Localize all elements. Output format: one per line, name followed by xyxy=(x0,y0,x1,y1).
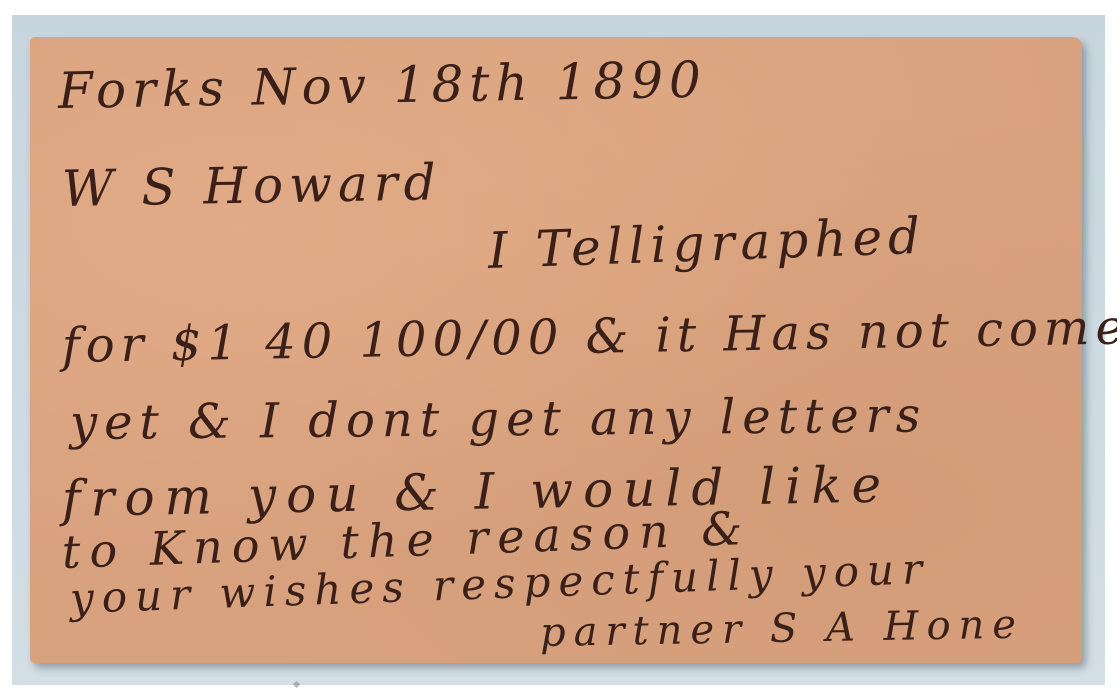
salutation-text: W S Howard xyxy=(61,153,442,218)
dateline-text: Forks Nov 18th 1890 xyxy=(57,51,707,120)
body-line-3: yet & I dont get any letters xyxy=(70,388,928,451)
signature-text: partner S A Hone xyxy=(540,602,1025,656)
